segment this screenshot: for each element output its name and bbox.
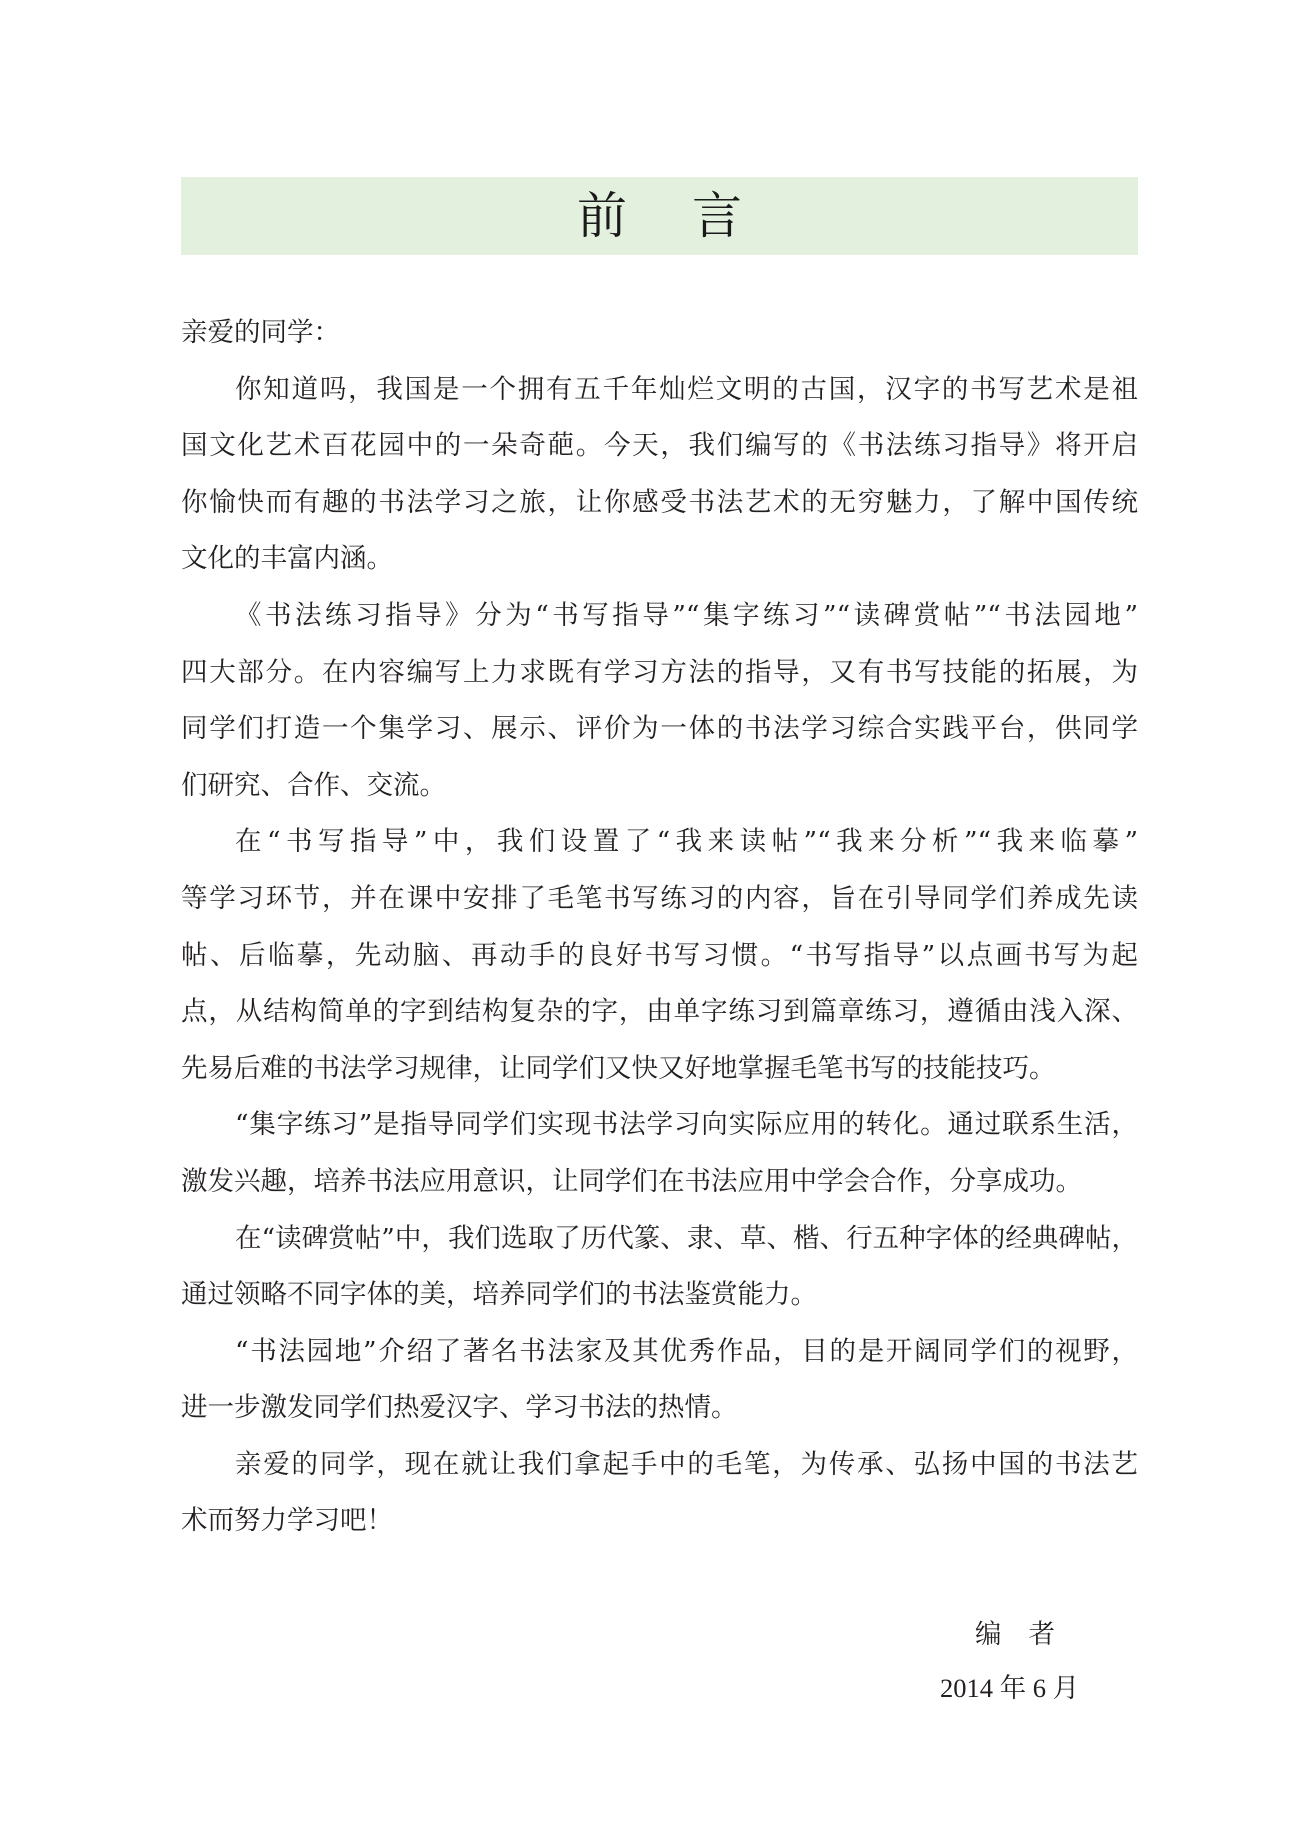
- text-line: 在“读碑赏帖”中，我们选取了历代篆、隶、草、楷、行五种字体的经典碑帖，: [181, 1220, 1138, 1277]
- text-line: 等学习环节，并在课中安排了毛笔书写练习的内容，旨在引导同学们养成先读: [181, 880, 1138, 937]
- salutation: 亲爱的同学：: [181, 314, 1138, 371]
- text-line: 国文化艺术百花园中的一朵奇葩。今天，我们编写的《书法练习指导》将开启: [181, 427, 1138, 484]
- text-line: 帖、后临摹，先动脑、再动手的良好书写习惯。“书写指导”以点画书写为起: [181, 937, 1138, 994]
- text-line: 点，从结构简单的字到结构复杂的字，由单字练习到篇章练习，遵循由浅入深、: [181, 993, 1138, 1050]
- text-line: 先易后难的书法学习规律，让同学们又快又好地掌握毛笔书写的技能技巧。: [181, 1050, 1138, 1107]
- text-line: 术而努力学习吧！: [181, 1502, 1138, 1559]
- text-line: 激发兴趣，培养书法应用意识，让同学们在书法应用中学会合作，分享成功。: [181, 1163, 1138, 1220]
- text-line: 你知道吗，我国是一个拥有五千年灿烂文明的古国，汉字的书写艺术是祖: [181, 371, 1138, 428]
- page-title-char-2: 言: [692, 191, 742, 241]
- title-banner: 前 言: [181, 177, 1138, 255]
- text-line: “集字练习”是指导同学们实现书法学习向实际应用的转化。通过联系生活，: [181, 1106, 1138, 1163]
- text-line: 通过领略不同字体的美，培养同学们的书法鉴赏能力。: [181, 1276, 1138, 1333]
- text-line: 《书法练习指导》分为“书写指导”“集字练习”“读碑赏帖”“书法园地”: [181, 597, 1138, 654]
- text-line: 四大部分。在内容编写上力求既有学习方法的指导，又有书写技能的拓展，为: [181, 654, 1138, 711]
- text-line: “书法园地”介绍了著名书法家及其优秀作品，目的是开阔同学们的视野，: [181, 1333, 1138, 1390]
- preface-body: 亲爱的同学： 你知道吗，我国是一个拥有五千年灿烂文明的古国，汉字的书写艺术是祖国…: [181, 314, 1138, 1559]
- author-char-2: 者: [1029, 1619, 1056, 1650]
- text-line: 在“书写指导”中，我们设置了“我来读帖”“我来分析”“我来临摹”: [181, 823, 1138, 880]
- text-line: 们研究、合作、交流。: [181, 767, 1138, 824]
- text-line: 文化的丰富内涵。: [181, 540, 1138, 597]
- author-char-1: 编: [975, 1619, 1002, 1650]
- text-line: 你愉快而有趣的书法学习之旅，让你感受书法艺术的无穷魅力，了解中国传统: [181, 484, 1138, 541]
- page-title-char-1: 前: [577, 191, 627, 241]
- preface-paragraphs: 你知道吗，我国是一个拥有五千年灿烂文明的古国，汉字的书写艺术是祖国文化艺术百花园…: [181, 371, 1138, 1559]
- text-line: 同学们打造一个集学习、展示、评价为一体的书法学习综合实践平台，供同学: [181, 710, 1138, 767]
- text-line: 进一步激发同学们热爱汉字、学习书法的热情。: [181, 1389, 1138, 1446]
- signature-date: 2014 年 6 月: [940, 1666, 1079, 1705]
- signature-author: 编者: [975, 1612, 1055, 1651]
- text-line: 亲爱的同学，现在就让我们拿起手中的毛笔，为传承、弘扬中国的书法艺: [181, 1446, 1138, 1503]
